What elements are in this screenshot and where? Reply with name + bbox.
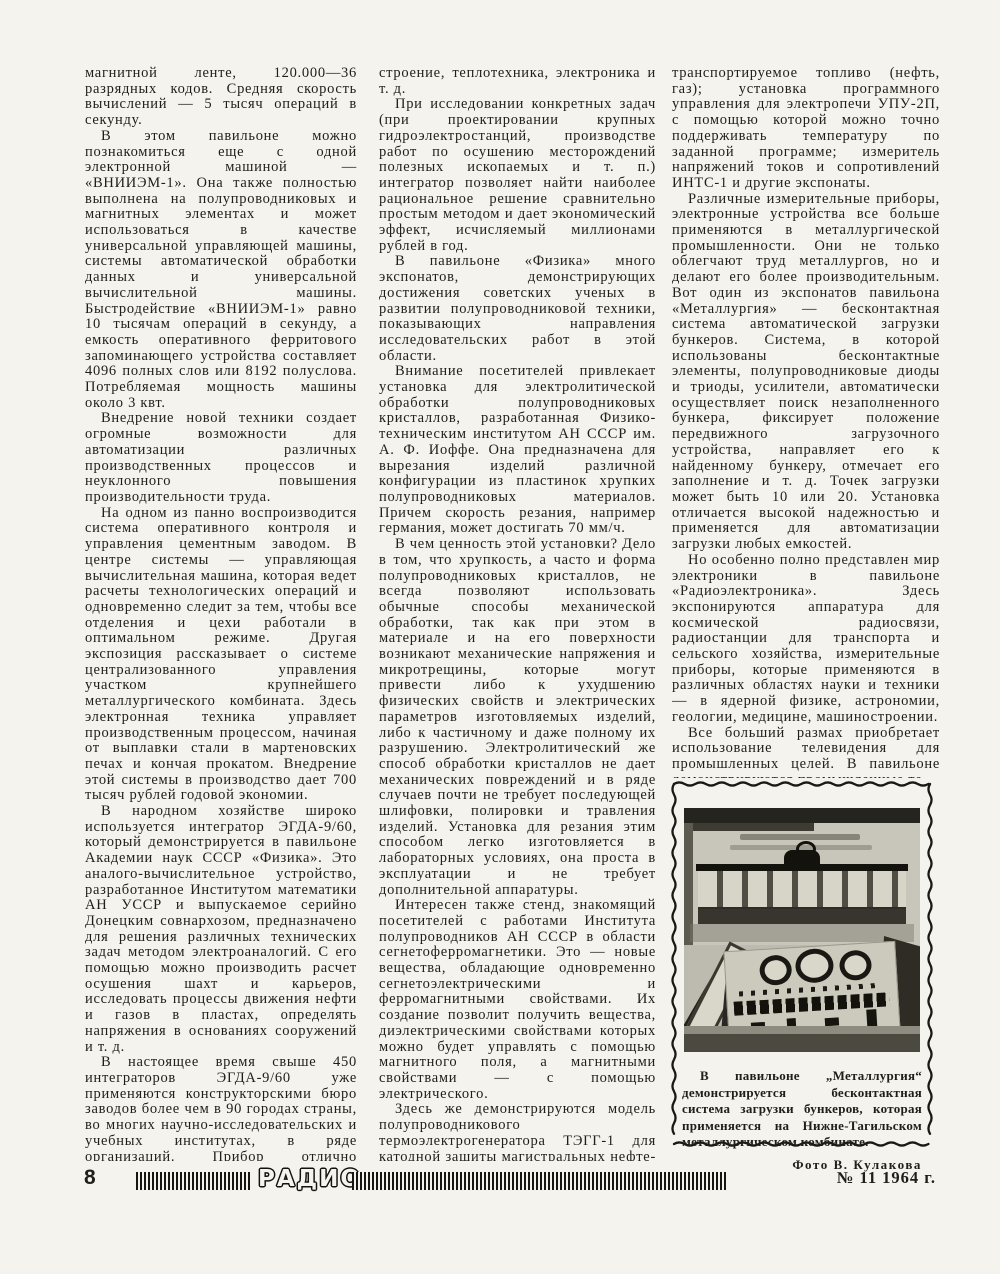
paragraph: транспортируемое топливо (нефть, газ); у…: [672, 66, 940, 192]
figure-box: В павильоне „Металлургия“ демонстрируетс…: [668, 778, 936, 1150]
paragraph: В настоящее время свыше 450 интеграторов…: [85, 1055, 357, 1161]
console-dial: [794, 948, 834, 984]
figure-caption: В павильоне „Металлургия“ демонстрируетс…: [682, 1068, 922, 1173]
page-number: 8: [84, 1166, 96, 1190]
wall-shade: [690, 924, 914, 942]
paragraph: При исследовании конкретных задач (при п…: [379, 97, 656, 254]
paragraph: В этом павильоне можно познакомиться еще…: [85, 129, 357, 412]
console-dial: [759, 954, 793, 986]
photo-bunker-loading-system: [684, 808, 920, 1052]
text-column-2: строение, теплотехника, электроника и т.…: [379, 66, 656, 1161]
radio-magazine-logo: РАДИО: [258, 1166, 352, 1192]
bunker-shadow-band: [698, 909, 906, 924]
paragraph: Но особенно полно представлен мир электр…: [672, 553, 940, 726]
issue-number: № 11 1964 г.: [810, 1168, 936, 1188]
bunker-row-model: [698, 871, 906, 909]
text-column-1: магнитной ленте, 120.000—36 разрядных ко…: [85, 66, 357, 1161]
paragraph: магнитной ленте, 120.000—36 разрядных ко…: [85, 66, 357, 129]
paragraph: Внимание посетителей привлекает установк…: [379, 364, 656, 537]
paragraph: Здесь же демонстрируются модель полупров…: [379, 1102, 656, 1161]
paragraph: На одном из панно воспроизводится систем…: [85, 506, 357, 804]
paragraph: В народном хозяйстве широко используется…: [85, 804, 357, 1055]
console-dial: [839, 949, 873, 981]
photo-shadow-streak: [684, 823, 814, 831]
paragraph: Внедрение новой техники создает огромные…: [85, 411, 357, 505]
paragraph: строение, теплотехника, электроника и т.…: [379, 66, 656, 97]
loader-trolley-body: [784, 850, 820, 866]
photo-sign-text-blur: [740, 834, 860, 840]
text-column-3: транспортируемое топливо (нефть, газ); у…: [672, 66, 940, 778]
floor: [684, 1034, 920, 1052]
paragraph: Интересен также стенд, знакомящий посети…: [379, 898, 656, 1102]
magazine-page: магнитной ленте, 120.000—36 разрядных ко…: [0, 0, 1000, 1274]
photo-dark-backdrop: [684, 808, 920, 823]
paragraph: В чем ценность этой установки? Дело в то…: [379, 537, 656, 898]
console-switch: [825, 1017, 839, 1026]
caption-text: В павильоне „Металлургия“ демонстрируетс…: [682, 1068, 922, 1151]
paragraph: В павильоне «Физика» много экспонатов, д…: [379, 254, 656, 364]
paragraph: Все больший размах приобретает использов…: [672, 726, 940, 778]
paragraph: Различные измерительные приборы, электро…: [672, 192, 940, 553]
footer-stripe-band-left: [136, 1172, 251, 1190]
footer-stripe-band-right: [352, 1172, 726, 1190]
